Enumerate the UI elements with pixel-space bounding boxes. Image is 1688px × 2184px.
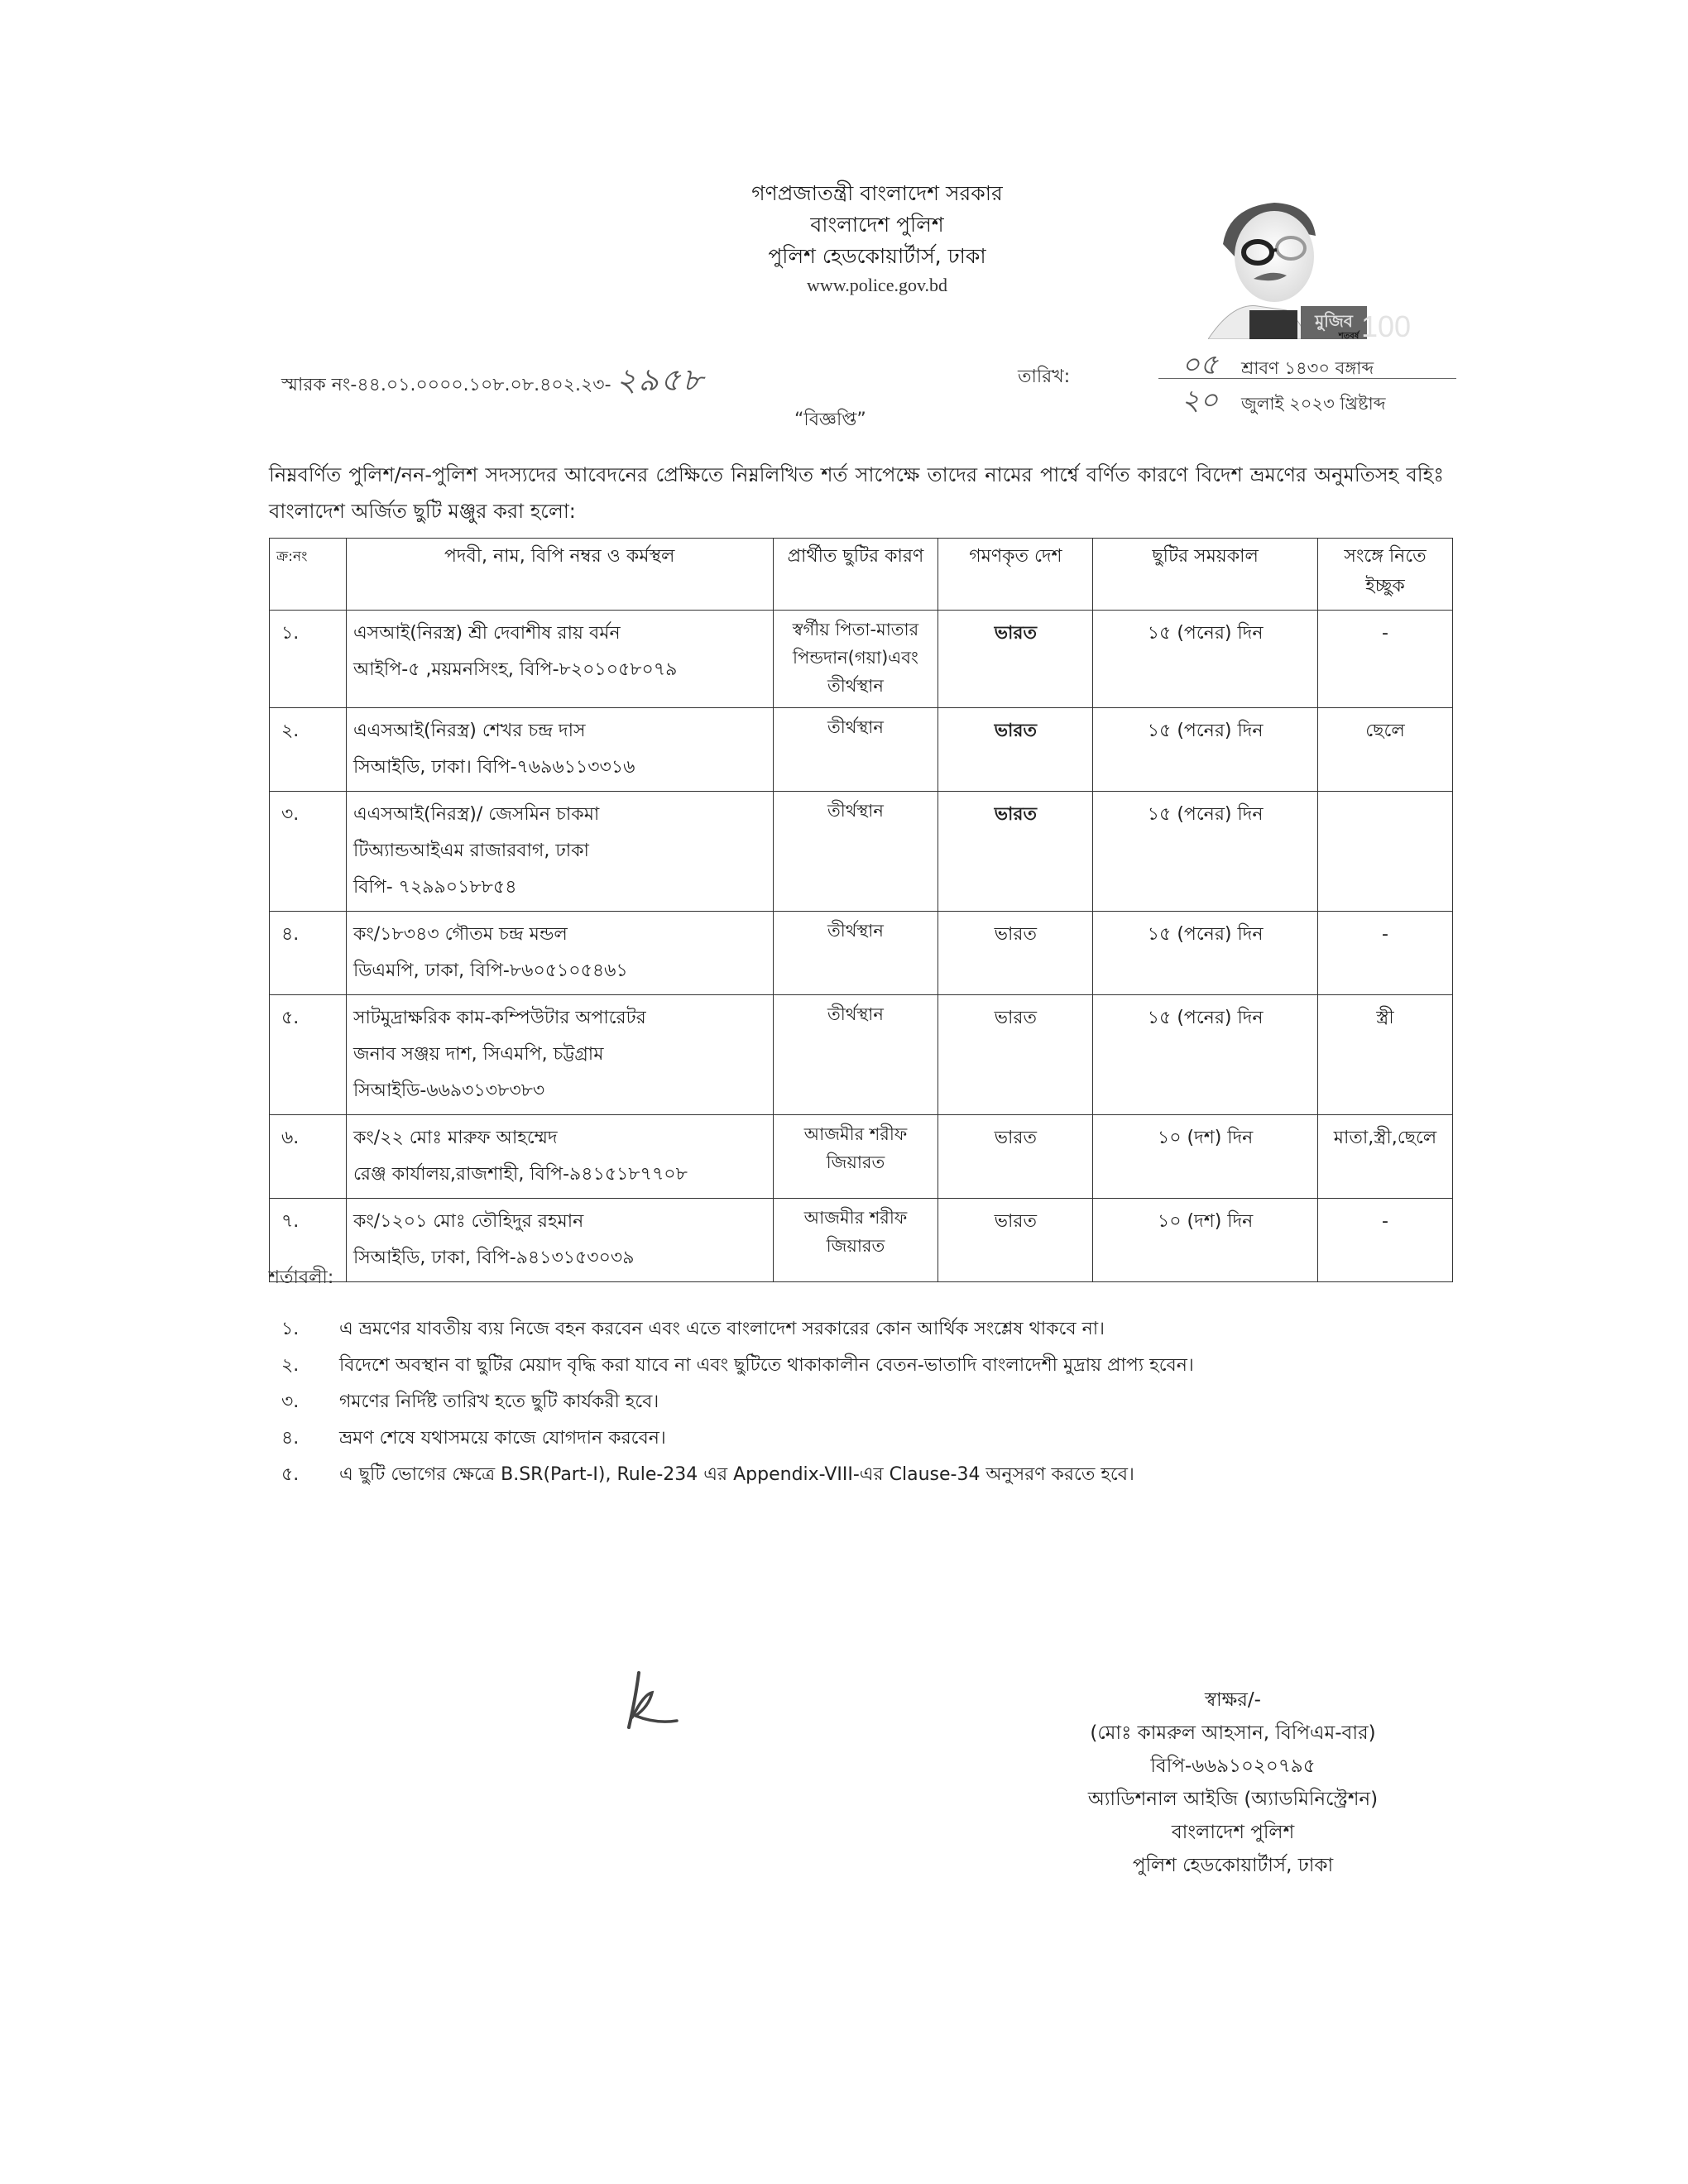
handwritten-initial-icon	[619, 1669, 693, 1736]
cell-details-line: সিআইডি-৬৬৯৩১৩৮৩৮৩	[353, 1073, 766, 1109]
cell-companion: মাতা,স্ত্রী,ছেলে	[1318, 1115, 1453, 1199]
cell-details-line: কং/১৮৩৪৩ গৌতম চন্দ্র মন্ডল	[353, 917, 766, 953]
condition-number: ৫.	[281, 1460, 339, 1491]
signed-mark: স্বাক্ষর/-	[1043, 1683, 1423, 1717]
cell-details-line: সিআইডি, ঢাকা, বিপি-৯৪১৩১৫৩০৩৯	[353, 1240, 766, 1276]
date-label: তারিখ:	[1018, 362, 1070, 393]
cell-reason: তীর্থস্থান	[773, 708, 938, 792]
cell-country: ভারত	[938, 1199, 1093, 1282]
notice-title: “বিজ্ঞপ্তি”	[794, 405, 866, 436]
cell-details-line: টিঅ্যান্ডআইএম রাজারবাগ, ঢাকা	[353, 833, 766, 869]
header-details: পদবী, নাম, বিপি নম্বর ও কর্মস্থল	[346, 539, 773, 611]
header-country: গমণকৃত দেশ	[938, 539, 1093, 611]
table-row: ৪.কং/১৮৩৪৩ গৌতম চন্দ্র মন্ডলডিএমপি, ঢাকা…	[270, 912, 1453, 995]
cell-details: কং/১৮৩৪৩ গৌতম চন্দ্র মন্ডলডিএমপি, ঢাকা, …	[346, 912, 773, 995]
conditions-title: শর্তাবলী:	[269, 1263, 333, 1294]
svg-text:100: 100	[1361, 309, 1411, 339]
leave-approval-table: ক্র:নং পদবী, নাম, বিপি নম্বর ও কর্মস্থল …	[269, 538, 1453, 1282]
header-duration: ছুটির সময়কাল	[1093, 539, 1318, 611]
cell-duration: ১০ (দশ) দিন	[1093, 1115, 1318, 1199]
cell-duration: ১৫ (পনের) দিন	[1093, 995, 1318, 1115]
cell-companion: -	[1318, 912, 1453, 995]
cell-serial: ৩.	[270, 792, 347, 912]
cell-details: কং/২২ মোঃ মারুফ আহম্মেদরেঞ্জ কার্যালয়,র…	[346, 1115, 773, 1199]
cell-details-line: কং/১২০১ মোঃ তৌহিদুর রহমান	[353, 1204, 766, 1240]
cell-details-line: এএসআই(নিরস্ত্র) শেখর চন্দ্র দাস	[353, 713, 766, 750]
table-row: ১.এসআই(নিরস্ত্র) শ্রী দেবাশীষ রায় বর্মন…	[270, 611, 1453, 708]
signatory-name: (মোঃ কামরুল আহসান, বিপিএম-বার)	[1043, 1717, 1423, 1750]
handwritten-memo-number: ২৯৫৮	[616, 362, 705, 398]
cell-reason: স্বর্গীয় পিতা-মাতারপিন্ডদান(গয়া)এবংতীর…	[773, 611, 938, 708]
gregorian-day: ২০	[1158, 379, 1241, 426]
cell-reason-line: জিয়ারত	[780, 1232, 932, 1260]
cell-companion: -	[1318, 611, 1453, 708]
table-row: ৫.সাটমুদ্রাক্ষরিক কাম-কম্পিউটার অপারেটরজ…	[270, 995, 1453, 1115]
cell-details-line: সাটমুদ্রাক্ষরিক কাম-কম্পিউটার অপারেটর	[353, 1000, 766, 1037]
cell-details-line: ডিএমপি, ঢাকা, বিপি-৮৬০৫১০৫৪৬১	[353, 953, 766, 989]
government-name: গণপ্রজাতন্ত্রী বাংলাদেশ সরকার	[645, 178, 1109, 209]
cell-reason-line: আজমীর শরীফ	[780, 1120, 932, 1148]
cell-details: এএসআই(নিরস্ত্র) শেখর চন্দ্র দাসসিআইডি, ঢ…	[346, 708, 773, 792]
office-name: পুলিশ হেডকোয়ার্টার্স, ঢাকা	[645, 241, 1109, 272]
website-link[interactable]: www.police.gov.bd	[645, 272, 1109, 299]
mujib-borsho-logo-icon: মুজিব শতবর্ষ 100	[1208, 186, 1423, 339]
cell-duration: ১৫ (পনের) দিন	[1093, 912, 1318, 995]
condition-text: এ ছুটি ভোগের ক্ষেত্রে B.SR(Part-I), Rule…	[339, 1460, 1134, 1491]
cell-serial: ৬.	[270, 1115, 347, 1199]
condition-item: ৩.গমণের নির্দিষ্ট তারিখ হতে ছুটি কার্যকর…	[281, 1384, 1440, 1420]
svg-text:শতবর্ষ: শতবর্ষ	[1338, 330, 1361, 339]
cell-details: এসআই(নিরস্ত্র) শ্রী দেবাশীষ রায় বর্মনআই…	[346, 611, 773, 708]
signature-block: স্বাক্ষর/- (মোঃ কামরুল আহসান, বিপিএম-বার…	[1043, 1683, 1423, 1882]
cell-reason-line: তীর্থস্থান	[780, 917, 932, 945]
cell-duration: ১৫ (পনের) দিন	[1093, 708, 1318, 792]
condition-text: গমণের নির্দিষ্ট তারিখ হতে ছুটি কার্যকরী …	[339, 1387, 659, 1418]
cell-serial: ২.	[270, 708, 347, 792]
cell-reason-line: স্বর্গীয় পিতা-মাতার	[780, 615, 932, 644]
header-companion: সংঙ্গে নিতে ইচ্ছুক	[1318, 539, 1453, 611]
cell-companion: ছেলে	[1318, 708, 1453, 792]
cell-country: ভারত	[938, 995, 1093, 1115]
cell-details-line: এসআই(নিরস্ত্র) শ্রী দেবাশীষ রায় বর্মন	[353, 615, 766, 652]
condition-item: ২.বিদেশে অবস্থান বা ছুটির মেয়াদ বৃদ্ধি …	[281, 1348, 1440, 1384]
cell-details-line: জনাব সঞ্জয় দাশ, সিএমপি, চট্টগ্রাম	[353, 1037, 766, 1073]
condition-item: ১.এ ভ্রমণের যাবতীয় ব্যয় নিজে বহন করবেন…	[281, 1311, 1440, 1348]
cell-reason-line: জিয়ারত	[780, 1148, 932, 1176]
cell-country: ভারত	[938, 792, 1093, 912]
signatory-designation: অ্যাডিশনাল আইজি (অ্যাডমিনিস্ট্রেশন)	[1043, 1783, 1423, 1816]
memo-number: স্মারক নং-৪৪.০১.০০০০.১০৮.০৮.৪০২.২৩-২৯৫৮	[281, 356, 704, 409]
cell-details-line: সিআইডি, ঢাকা। বিপি-৭৬৯৬১১৩৩১৬	[353, 750, 766, 786]
cell-duration: ১০ (দশ) দিন	[1093, 1199, 1318, 1282]
cell-reason: আজমীর শরীফজিয়ারত	[773, 1199, 938, 1282]
svg-text:মুজিব: মুজিব	[1314, 311, 1354, 332]
cell-reason-line: তীর্থস্থান	[780, 1000, 932, 1028]
condition-text: এ ভ্রমণের যাবতীয় ব্যয় নিজে বহন করবেন এ…	[339, 1315, 1105, 1345]
condition-text: বিদেশে অবস্থান বা ছুটির মেয়াদ বৃদ্ধি কর…	[339, 1351, 1194, 1382]
cell-serial: ৪.	[270, 912, 347, 995]
cell-country: ভারত	[938, 912, 1093, 995]
condition-text: ভ্রমণ শেষে যথাসময়ে কাজে যোগদান করবেন।	[339, 1424, 666, 1454]
signatory-bp-number: বিপি-৬৬৯১০২০৭৯৫	[1043, 1750, 1423, 1783]
condition-item: ৫.এ ছুটি ভোগের ক্ষেত্রে B.SR(Part-I), Ru…	[281, 1457, 1440, 1493]
cell-reason: আজমীর শরীফজিয়ারত	[773, 1115, 938, 1199]
table-row: ২.এএসআই(নিরস্ত্র) শেখর চন্দ্র দাসসিআইডি,…	[270, 708, 1453, 792]
conditions-list: ১.এ ভ্রমণের যাবতীয় ব্যয় নিজে বহন করবেন…	[281, 1311, 1440, 1493]
cell-duration: ১৫ (পনের) দিন	[1093, 611, 1318, 708]
cell-details: কং/১২০১ মোঃ তৌহিদুর রহমানসিআইডি, ঢাকা, ব…	[346, 1199, 773, 1282]
cell-details-line: এএসআই(নিরস্ত্র)/ জেসমিন চাকমা	[353, 797, 766, 833]
intro-paragraph: নিম্নবর্ণিত পুলিশ/নন-পুলিশ সদস্যদের আবেদ…	[269, 457, 1444, 529]
bangla-month-year: শ্রাবণ ১৪৩০ বঙ্গাব্দ	[1241, 355, 1374, 384]
condition-number: ২.	[281, 1351, 339, 1382]
date-block: ০৫ শ্রাবণ ১৪৩০ বঙ্গাব্দ ২০ জুলাই ২০২৩ খ্…	[1158, 343, 1456, 414]
condition-number: ১.	[281, 1315, 339, 1345]
cell-reason-line: তীর্থস্থান	[780, 797, 932, 825]
gregorian-date: ২০ জুলাই ২০২৩ খ্রিষ্টাব্দ	[1158, 379, 1456, 414]
gregorian-month-year: জুলাই ২০২৩ খ্রিষ্টাব্দ	[1241, 390, 1385, 419]
table-header-row: ক্র:নং পদবী, নাম, বিপি নম্বর ও কর্মস্থল …	[270, 539, 1453, 611]
cell-reason: তীর্থস্থান	[773, 995, 938, 1115]
letterhead: গণপ্রজাতন্ত্রী বাংলাদেশ সরকার বাংলাদেশ প…	[645, 178, 1109, 299]
header-serial: ক্র:নং	[270, 539, 347, 611]
cell-details-line: বিপি- ৭২৯৯০১৮৮৫৪	[353, 869, 766, 906]
cell-reason-line: তীর্থস্থান	[780, 713, 932, 741]
cell-country: ভারত	[938, 611, 1093, 708]
cell-details-line: আইপি-৫ ,ময়মনসিংহ, বিপি-৮২০১০৫৮০৭৯	[353, 652, 766, 688]
table-row: ৬.কং/২২ মোঃ মারুফ আহম্মেদরেঞ্জ কার্যালয়…	[270, 1115, 1453, 1199]
condition-number: ৩.	[281, 1387, 339, 1418]
cell-reason-line: তীর্থস্থান	[780, 672, 932, 700]
signatory-organization: বাংলাদেশ পুলিশ	[1043, 1816, 1423, 1849]
cell-serial: ১.	[270, 611, 347, 708]
cell-reason: তীর্থস্থান	[773, 792, 938, 912]
memo-label: স্মারক নং-৪৪.০১.০০০০.১০৮.০৮.৪০২.২৩-	[281, 375, 611, 395]
organization-name: বাংলাদেশ পুলিশ	[645, 209, 1109, 241]
cell-details-line: কং/২২ মোঃ মারুফ আহম্মেদ	[353, 1120, 766, 1157]
cell-country: ভারত	[938, 1115, 1093, 1199]
table-row: ৩.এএসআই(নিরস্ত্র)/ জেসমিন চাকমাটিঅ্যান্ড…	[270, 792, 1453, 912]
cell-details: এএসআই(নিরস্ত্র)/ জেসমিন চাকমাটিঅ্যান্ডআই…	[346, 792, 773, 912]
header-reason: প্রার্থীত ছুটির কারণ	[773, 539, 938, 611]
condition-item: ৪.ভ্রমণ শেষে যথাসময়ে কাজে যোগদান করবেন।	[281, 1420, 1440, 1457]
cell-country: ভারত	[938, 708, 1093, 792]
cell-serial: ৫.	[270, 995, 347, 1115]
cell-details-line: রেঞ্জ কার্যালয়,রাজশাহী, বিপি-৯৪১৫১৮৭৭০৮	[353, 1157, 766, 1193]
signatory-office: পুলিশ হেডকোয়ার্টার্স, ঢাকা	[1043, 1849, 1423, 1882]
cell-reason-line: পিন্ডদান(গয়া)এবং	[780, 644, 932, 672]
cell-reason-line: আজমীর শরীফ	[780, 1204, 932, 1232]
cell-reason: তীর্থস্থান	[773, 912, 938, 995]
cell-details: সাটমুদ্রাক্ষরিক কাম-কম্পিউটার অপারেটরজনা…	[346, 995, 773, 1115]
cell-companion: স্ত্রী	[1318, 995, 1453, 1115]
cell-companion: -	[1318, 1199, 1453, 1282]
cell-duration: ১৫ (পনের) দিন	[1093, 792, 1318, 912]
condition-number: ৪.	[281, 1424, 339, 1454]
table-row: ৭.কং/১২০১ মোঃ তৌহিদুর রহমানসিআইডি, ঢাকা,…	[270, 1199, 1453, 1282]
cell-companion	[1318, 792, 1453, 912]
bangla-date: ০৫ শ্রাবণ ১৪৩০ বঙ্গাব্দ	[1158, 343, 1456, 378]
